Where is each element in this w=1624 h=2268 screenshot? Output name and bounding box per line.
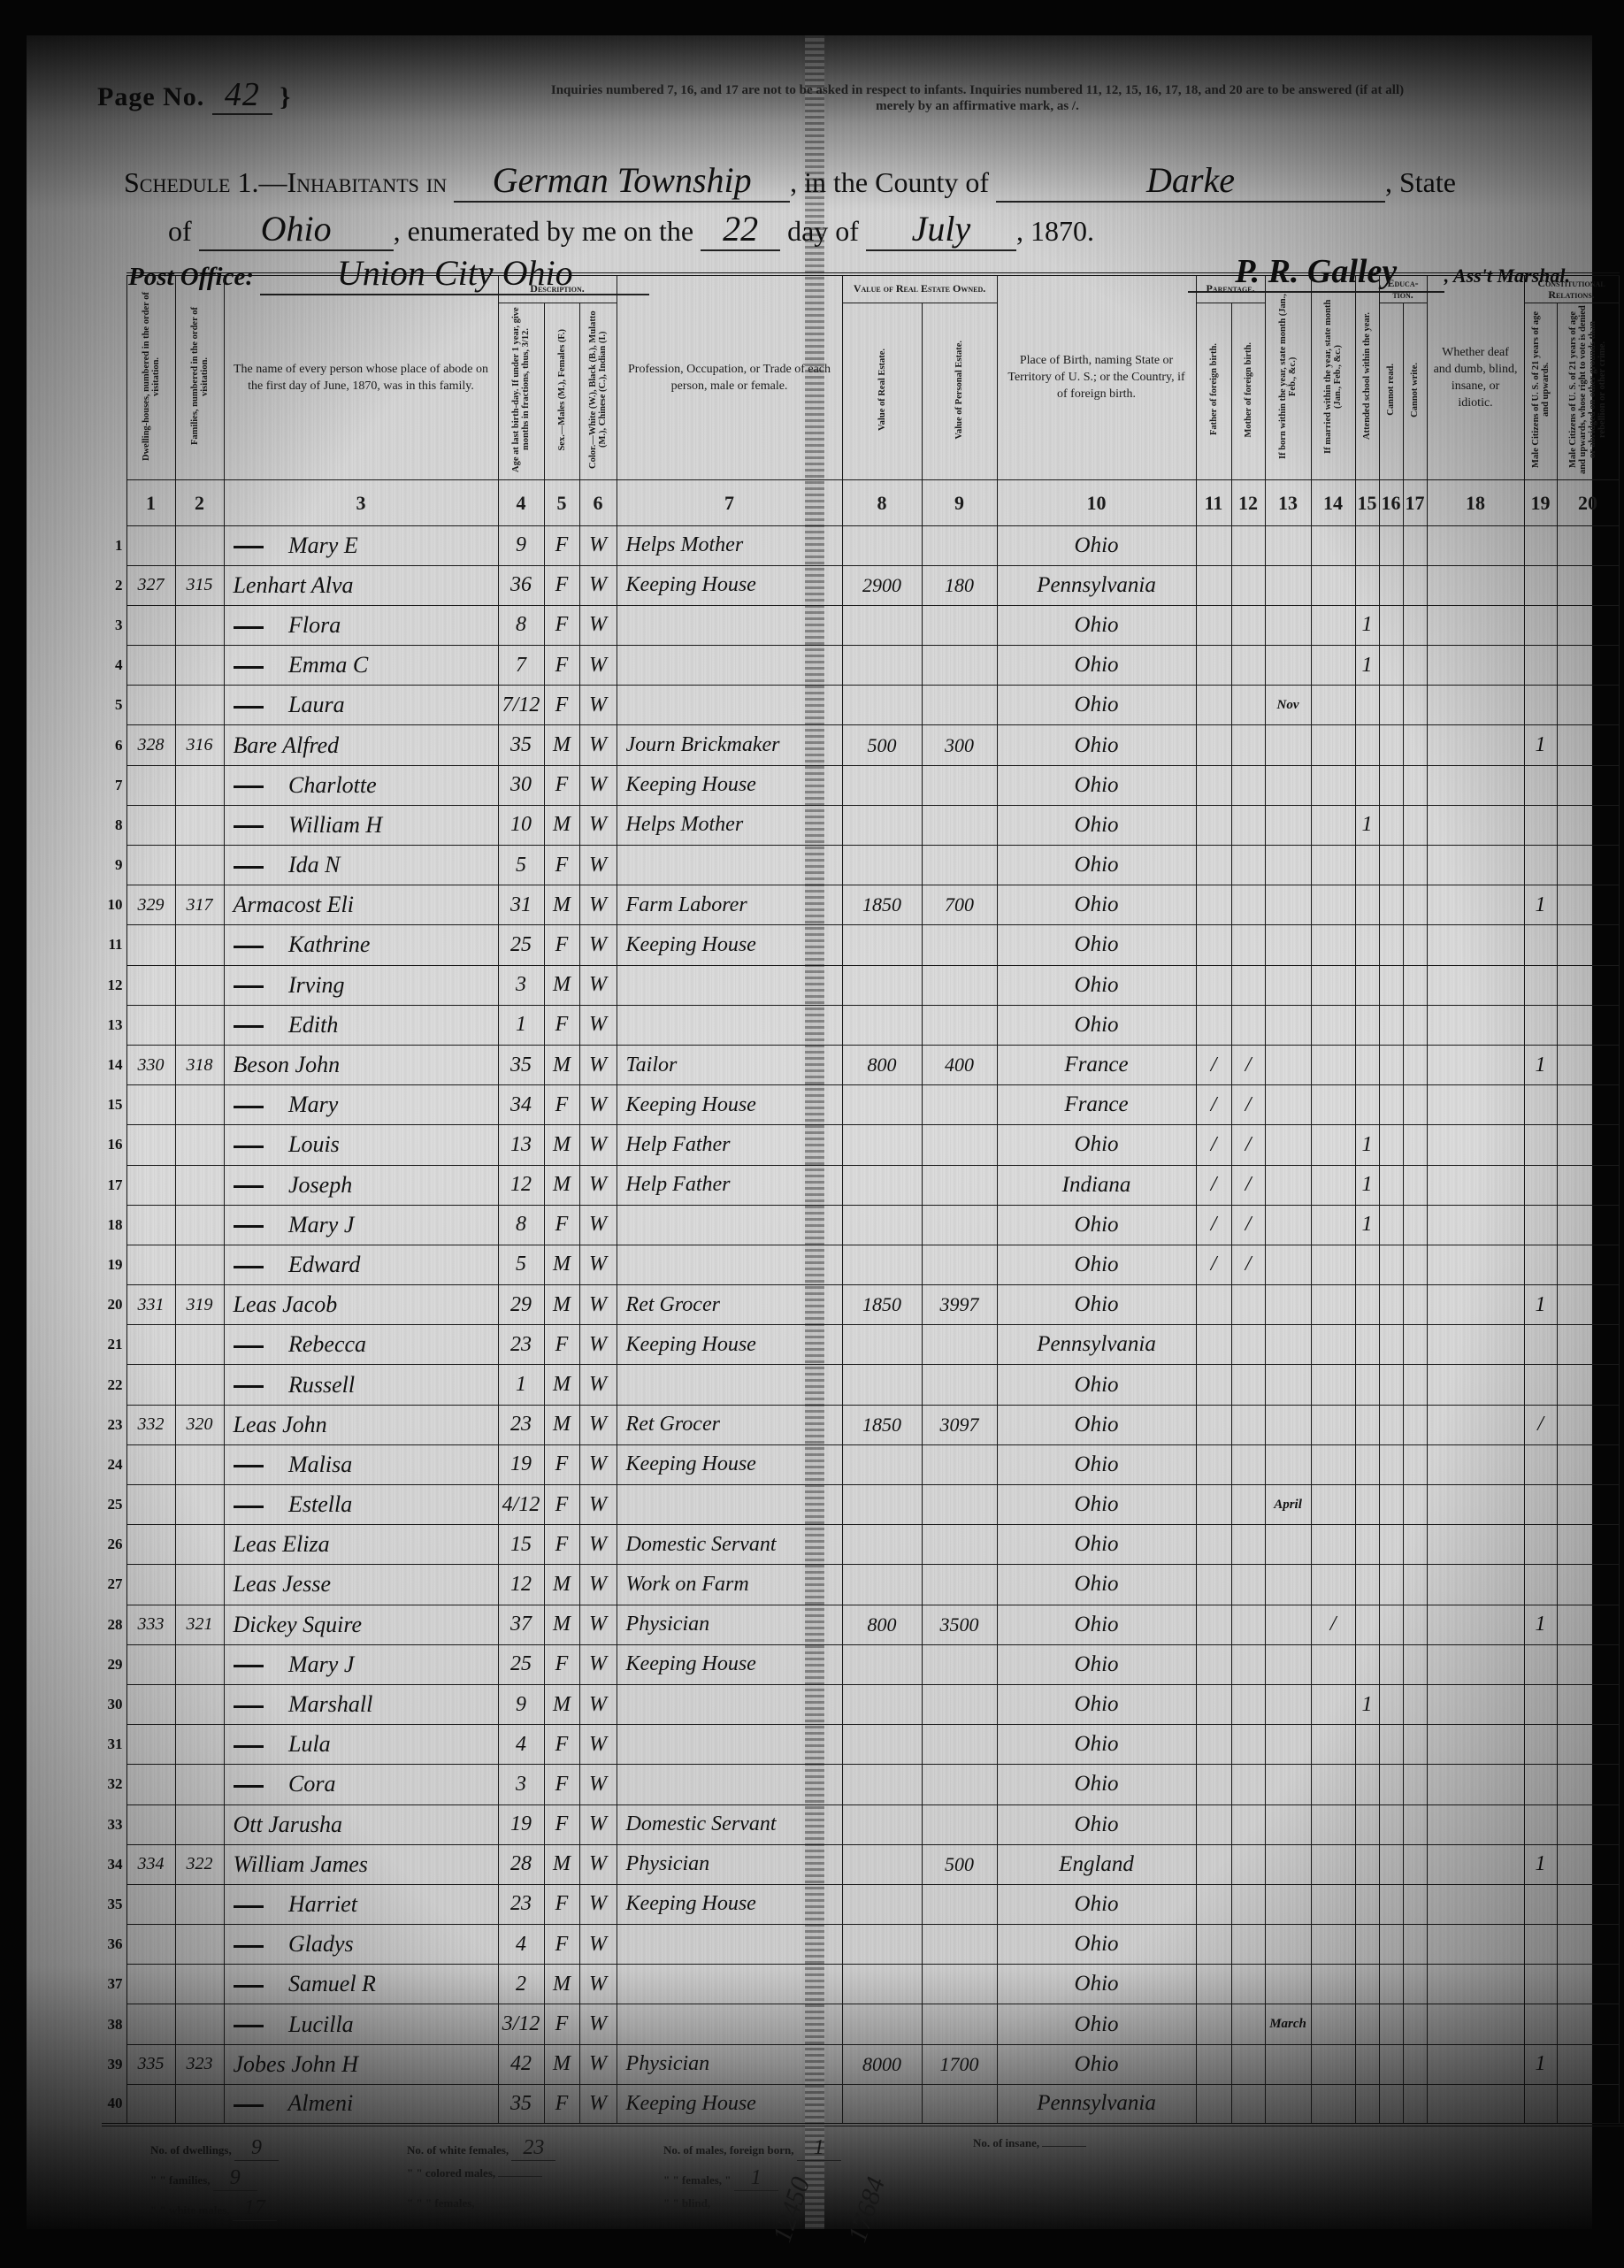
color: W [579,1325,617,1365]
born-month [1265,605,1311,645]
col-number: 11 [1196,479,1231,525]
married-month [1311,1725,1355,1765]
father-foreign-mark [1196,725,1231,765]
born-month [1265,765,1311,805]
dwelling-number [126,846,175,885]
given-name: Almeni [288,2090,354,2116]
real-estate-value: 500 [842,725,922,765]
dwelling-number [126,1525,175,1565]
birthplace: Ohio [997,1765,1196,1804]
disability [1427,1925,1524,1965]
birthplace: Ohio [997,686,1196,725]
given-name: John [295,1052,341,1077]
same-surname-dash [234,1905,264,1908]
married-month [1311,686,1355,725]
table-row: 18 Mary J 8 F W Ohio / / 1 [102,1205,1624,1245]
cannot-read-mark [1379,965,1403,1005]
col-header-father-foreign: Father of foreign birth. [1196,303,1231,479]
vote-denied-mark [1557,686,1619,725]
birthplace: Ohio [997,1605,1196,1644]
age: 7/12 [498,686,544,725]
male-citizen-mark [1524,1365,1557,1405]
married-month [1311,2084,1355,2124]
person-name: Rebecca [224,1325,498,1365]
male-citizen-mark: / [1524,1405,1557,1444]
male-citizen-mark [1524,1205,1557,1245]
cannot-write-mark [1403,1125,1427,1165]
personal-estate-value [922,925,997,965]
vote-denied-mark [1557,1565,1619,1605]
birthplace: Pennsylvania [997,2084,1196,2124]
line-number-right: 36 [1619,1925,1624,1965]
married-month [1311,2004,1355,2044]
family-number [175,1205,224,1245]
disability [1427,686,1524,725]
school-mark [1355,1605,1379,1644]
mother-foreign-mark [1231,1325,1265,1365]
father-foreign-mark [1196,565,1231,605]
age: 15 [498,1525,544,1565]
born-month [1265,1444,1311,1484]
occupation: Keeping House [617,1444,842,1484]
color: W [579,1965,617,2004]
table-row: 15 Mary 34 F W Keeping House France / / [102,1085,1624,1125]
cannot-read-mark [1379,765,1403,805]
occupation [617,2004,842,2044]
born-month [1265,925,1311,965]
table-row: 3 Flora 8 F W Ohio 1 [102,605,1624,645]
occupation [617,605,842,645]
occupation: Helps Mother [617,525,842,565]
color: W [579,1165,617,1205]
col-number: 7 [617,479,842,525]
born-month [1265,846,1311,885]
table-row: 32 Cora 3 F W Ohio [102,1765,1624,1804]
school-mark [1355,2044,1379,2084]
disability [1427,1684,1524,1724]
occupation [617,1965,842,2004]
occupation: Keeping House [617,2084,842,2124]
family-number [175,2004,224,2044]
family-number: 315 [175,565,224,605]
cannot-write-mark [1403,1804,1427,1844]
given-name: Samuel R [288,1971,376,1996]
disability [1427,1725,1524,1765]
col-number: 5 [544,479,579,525]
married-month [1311,1765,1355,1804]
table-row: 31 Lula 4 F W Ohio [102,1725,1624,1765]
cannot-read-mark [1379,1644,1403,1684]
mother-foreign-mark [1231,2004,1265,2044]
cannot-write-mark [1403,2004,1427,2044]
same-surname-dash [234,1506,264,1508]
family-number [175,1165,224,1205]
married-month [1311,1884,1355,1924]
occupation [617,1684,842,1724]
line-number-left: 23 [102,1405,126,1444]
color: W [579,525,617,565]
personal-estate-value: 400 [922,1045,997,1084]
father-foreign-mark [1196,1965,1231,2004]
given-name: Mary J [288,1212,354,1237]
person-name: Mary [224,1085,498,1125]
line-number-left: 13 [102,1005,126,1045]
sex: M [544,1285,579,1325]
age: 5 [498,1245,544,1284]
sex: F [544,1644,579,1684]
line-number-left: 29 [102,1644,126,1684]
father-foreign-mark [1196,965,1231,1005]
table-row: 23 332 320 Leas John 23 M W Ret Grocer 1… [102,1405,1624,1444]
same-surname-dash [234,1985,264,1988]
occupation [617,1005,842,1045]
mother-foreign-mark [1231,525,1265,565]
mother-foreign-mark [1231,1405,1265,1444]
given-name: Charlotte [288,772,377,798]
mother-foreign-mark [1231,1844,1265,1884]
male-citizen-mark [1524,1525,1557,1565]
family-number [175,686,224,725]
birthplace: Ohio [997,1405,1196,1444]
given-name: Cora [288,1771,335,1797]
age: 19 [498,1444,544,1484]
col-number: 12 [1231,479,1265,525]
table-row: 35 Harriet 23 F W Keeping House Ohio [102,1884,1624,1924]
col-header-male-citizens: Male Citizens of U. S. of 21 years of ag… [1524,303,1557,479]
table-row: 29 Mary J 25 F W Keeping House Ohio [102,1644,1624,1684]
color: W [579,765,617,805]
male-citizen-mark: 1 [1524,725,1557,765]
cannot-read-mark [1379,646,1403,686]
vote-denied-mark [1557,1405,1619,1444]
birthplace: Pennsylvania [997,1325,1196,1365]
personal-estate-value [922,1125,997,1165]
birthplace: France [997,1045,1196,1084]
surname: Leas [234,1291,277,1317]
given-name: Malisa [288,1452,352,1477]
color: W [579,2004,617,2044]
line-number-right: 37 [1619,1965,1624,2004]
personal-estate-value [922,605,997,645]
disability [1427,2084,1524,2124]
married-month [1311,1965,1355,2004]
col-number: 18 [1427,479,1524,525]
instructions-notice: Inquiries numbered 7, 16, and 17 are not… [389,82,1566,114]
table-row: 7 Charlotte 30 F W Keeping House Ohio [102,765,1624,805]
table-row: 36 Gladys 4 F W Ohio [102,1925,1624,1965]
sex: F [544,1804,579,1844]
family-number [175,1085,224,1125]
disability [1427,1045,1524,1084]
line-number-left: 12 [102,965,126,1005]
person-name: Lula [224,1725,498,1765]
age: 1 [498,1365,544,1405]
disability [1427,565,1524,605]
family-number [175,925,224,965]
dwelling-number [126,1684,175,1724]
male-citizen-mark: 1 [1524,1285,1557,1325]
married-month [1311,1165,1355,1205]
father-foreign-mark [1196,2004,1231,2044]
father-foreign-mark [1196,1525,1231,1565]
line-number-left: 21 [102,1325,126,1365]
father-foreign-mark [1196,1365,1231,1405]
disability [1427,925,1524,965]
sex: F [544,2004,579,2044]
cannot-read-mark [1379,1045,1403,1084]
father-foreign-mark [1196,1005,1231,1045]
cannot-read-mark [1379,1005,1403,1045]
personal-estate-value: 3997 [922,1285,997,1325]
family-number [175,1804,224,1844]
male-citizen-mark [1524,965,1557,1005]
occupation [617,1485,842,1525]
vote-denied-mark [1557,1684,1619,1724]
birthplace: Ohio [997,1965,1196,2004]
mother-foreign-mark [1231,1005,1265,1045]
age: 35 [498,2084,544,2124]
cannot-write-mark [1403,1085,1427,1125]
occupation: Physician [617,1844,842,1884]
disability [1427,1804,1524,1844]
given-name: Alfred [282,732,339,758]
real-estate-value: 2900 [842,565,922,605]
born-month [1265,1165,1311,1205]
color: W [579,565,617,605]
personal-estate-value [922,1444,997,1484]
col-header-married-within-year: If married within the year, state month … [1311,274,1355,479]
summary-col-4: No. of insane, [973,2136,1086,2166]
born-month [1265,1965,1311,2004]
same-surname-dash [234,1266,264,1268]
dwelling-number [126,1884,175,1924]
white-males-label: " " white males, [150,2203,230,2217]
cannot-write-mark [1403,1565,1427,1605]
real-estate-value [842,1684,922,1724]
birthplace: Ohio [997,1525,1196,1565]
real-estate-value: 1850 [842,1405,922,1444]
married-month [1311,965,1355,1005]
line-number-right: 21 [1619,1325,1624,1365]
of-label: of [168,215,192,247]
disability [1427,965,1524,1005]
notice-line-1: Inquiries numbered 7, 16, and 17 are not… [389,82,1566,98]
color: W [579,1605,617,1644]
school-mark: 1 [1355,1165,1379,1205]
age: 4 [498,1925,544,1965]
foreign-females-label: " " females, " [663,2173,732,2187]
male-citizen-mark [1524,1684,1557,1724]
table-row: 39 335 323 Jobes John H 42 M W Physician… [102,2044,1624,2084]
cannot-write-mark [1403,1485,1427,1525]
line-number-right: 29 [1619,1644,1624,1684]
real-estate-value [842,925,922,965]
disability [1427,1405,1524,1444]
family-number: 319 [175,1285,224,1325]
personal-estate-value [922,1085,997,1125]
born-month [1265,725,1311,765]
mother-foreign-mark [1231,1804,1265,1844]
given-name: Jacob [282,1291,337,1317]
cannot-write-mark [1403,605,1427,645]
family-number [175,1005,224,1045]
male-citizen-mark [1524,1245,1557,1284]
col-number: 1 [126,479,175,525]
person-name: Dickey Squire [224,1605,498,1644]
personal-estate-value [922,1565,997,1605]
sex: F [544,605,579,645]
color: W [579,885,617,925]
county-prefix: , in the County of [790,166,989,198]
sex: F [544,1925,579,1965]
born-month [1265,1365,1311,1405]
col-number: 4 [498,479,544,525]
real-estate-value [842,765,922,805]
mother-foreign-mark [1231,646,1265,686]
age: 3 [498,965,544,1005]
birthplace: Ohio [997,1684,1196,1724]
line-number-right: 15 [1619,1085,1624,1125]
person-name: Leas Eliza [224,1525,498,1565]
dwelling-number [126,525,175,565]
real-estate-value [842,525,922,565]
cannot-write-mark [1403,1884,1427,1924]
line-number-right: 13 [1619,1005,1624,1045]
person-name: Mary E [224,525,498,565]
color: W [579,1444,617,1484]
birthplace: Ohio [997,525,1196,565]
sex: M [544,1245,579,1284]
color: W [579,605,617,645]
real-estate-value [842,1965,922,2004]
disability [1427,525,1524,565]
disability [1427,1525,1524,1565]
married-month [1311,846,1355,885]
cannot-write-mark [1403,1045,1427,1084]
cannot-read-mark [1379,846,1403,885]
col-header-occupation: Profession, Occupation, or Trade of each… [617,274,842,479]
vote-denied-mark [1557,805,1619,845]
married-month [1311,885,1355,925]
same-surname-dash [234,1145,264,1148]
color: W [579,1684,617,1724]
cannot-read-mark [1379,1565,1403,1605]
color: W [579,2044,617,2084]
person-name: Malisa [224,1444,498,1484]
occupation: Help Father [617,1165,842,1205]
cannot-read-mark [1379,725,1403,765]
born-month [1265,1804,1311,1844]
born-month [1265,1205,1311,1245]
born-month [1265,1245,1311,1284]
same-surname-dash [234,626,264,629]
given-name: Mary E [288,533,358,558]
person-name: Ott Jarusha [224,1804,498,1844]
father-foreign-mark [1196,805,1231,845]
dwelling-number [126,805,175,845]
sex: F [544,1005,579,1045]
given-name: Lula [288,1731,331,1757]
family-number [175,1125,224,1165]
same-surname-dash [234,1745,264,1748]
cannot-read-mark [1379,605,1403,645]
given-name: Alva [311,572,354,598]
given-name: Edith [288,1012,338,1038]
col-header-age: Age at last birth-day. If under 1 year, … [498,303,544,479]
vote-denied-mark [1557,1245,1619,1284]
mother-foreign-mark [1231,1965,1265,2004]
male-citizen-mark [1524,1444,1557,1484]
family-number [175,525,224,565]
age: 4 [498,1725,544,1765]
line-number-right: 19 [1619,1245,1624,1284]
line-number-right: 3 [1619,605,1624,645]
family-number [175,1684,224,1724]
married-month [1311,1684,1355,1724]
vote-denied-mark [1557,1925,1619,1965]
surname: Jobes [234,2051,286,2077]
same-surname-dash [234,1705,264,1708]
disability [1427,1205,1524,1245]
cannot-read-mark [1379,565,1403,605]
surname: Leas [234,1412,277,1437]
sex: F [544,1725,579,1765]
line-number-right: 16 [1619,1125,1624,1165]
sex: F [544,1765,579,1804]
father-foreign-mark [1196,1565,1231,1605]
cannot-write-mark [1403,1005,1427,1045]
surname: Beson [234,1052,290,1077]
line-number-left: 24 [102,1444,126,1484]
birthplace: Ohio [997,1444,1196,1484]
sex: M [544,1045,579,1084]
table-row: 1 Mary E 9 F W Helps Mother Ohio [102,525,1624,565]
county-field: Darke [996,159,1385,203]
disability [1427,1005,1524,1045]
born-month: March [1265,2004,1311,2044]
personal-estate-value [922,1925,997,1965]
enumeration-line: of Ohio, enumerated by me on the 22 day … [168,208,1094,251]
line-number-left: 8 [102,805,126,845]
married-month [1311,1804,1355,1844]
same-surname-dash [234,1665,264,1667]
dwelling-number: 329 [126,885,175,925]
color: W [579,1365,617,1405]
disability [1427,1285,1524,1325]
sex: F [544,525,579,565]
real-estate-value [842,1884,922,1924]
born-month [1265,1325,1311,1365]
age: 7 [498,646,544,686]
born-month [1265,1644,1311,1684]
cannot-write-mark [1403,2044,1427,2084]
cannot-write-mark [1403,805,1427,845]
mother-foreign-mark [1231,2044,1265,2084]
personal-estate-value: 3097 [922,1405,997,1444]
col-number: 10 [997,479,1196,525]
group-header-constitutional: Constitutional Relations. [1524,274,1619,303]
insane-label: No. of insane, [973,2136,1039,2149]
vote-denied-mark [1557,605,1619,645]
person-name: Joseph [224,1165,498,1205]
birthplace: Ohio [997,1365,1196,1405]
father-foreign-mark: / [1196,1205,1231,1245]
cannot-write-mark [1403,1325,1427,1365]
color: W [579,846,617,885]
mother-foreign-mark [1231,1285,1265,1325]
real-estate-value: 8000 [842,2044,922,2084]
family-number [175,1765,224,1804]
